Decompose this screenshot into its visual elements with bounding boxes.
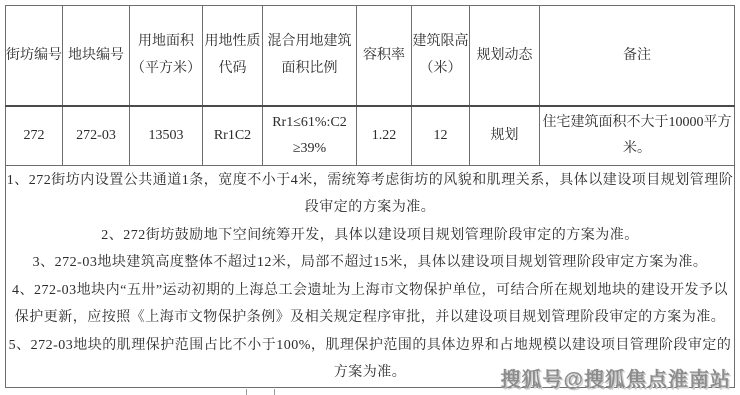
- col-header-land-use-code: 用地性质 代码: [203, 6, 263, 106]
- col-header-floor-area-ratio-label: 容积率: [357, 42, 411, 69]
- notes-row: 1、272街坊内设置公共通道1条，宽度不小于4米，需统筹考虑街坊的风貌和肌理关系…: [6, 166, 735, 388]
- col-header-height-limit-line1: 建筑限高: [412, 28, 469, 55]
- cell-mixed-use-ratio: Rr1≤61%:C2 ≥39%: [263, 106, 357, 166]
- col-header-block-number-label: 街坊编号: [6, 42, 62, 69]
- col-header-block-number: 街坊编号: [6, 6, 63, 106]
- col-header-land-area-line1: 用地面积: [130, 28, 202, 55]
- cell-land-area: 13503: [130, 106, 203, 166]
- notes-cell: 1、272街坊内设置公共通道1条，宽度不小于4米，需统筹考虑街坊的风貌和肌理关系…: [6, 166, 735, 388]
- note-4: 4、272-03地块内“五卅”运动初期的上海总工会遗址为上海市文物保护单位，可结…: [6, 277, 734, 332]
- col-header-plot-number-label: 地块编号: [63, 42, 129, 69]
- cell-block-number: 272: [6, 106, 63, 166]
- col-header-land-area: 用地面积 （平方米）: [130, 6, 203, 106]
- col-header-height-limit: 建筑限高 （米）: [412, 6, 470, 106]
- col-header-remark-label: 备注: [540, 42, 734, 69]
- next-table-border-stub: [274, 389, 275, 395]
- sohu-account-watermark: 搜狐号@搜狐焦点淮南站: [500, 363, 731, 392]
- col-header-land-area-line2: （平方米）: [130, 55, 202, 82]
- cell-remark: 住宅建筑面积不大于10000平方米。: [540, 106, 735, 166]
- col-header-floor-area-ratio: 容积率: [357, 6, 412, 106]
- col-header-land-use-code-line2: 代码: [203, 55, 262, 82]
- cell-plot-number: 272-03: [63, 106, 130, 166]
- col-header-planning-status-label: 规划动态: [470, 42, 539, 69]
- cell-planning-status: 规划: [470, 106, 540, 166]
- col-header-remark: 备注: [540, 6, 735, 106]
- plot-info-table: 街坊编号 地块编号 用地面积 （平方米） 用地性质 代码 混合用地建筑 面积比例: [5, 5, 735, 388]
- col-header-mixed-use-ratio: 混合用地建筑 面积比例: [263, 6, 357, 106]
- header-row: 街坊编号 地块编号 用地面积 （平方米） 用地性质 代码 混合用地建筑 面积比例: [6, 6, 735, 106]
- col-header-land-use-code-line1: 用地性质: [203, 28, 262, 55]
- note-3: 3、272-03地块建筑高度整体不超过12米，局部不超过15米，具体以建设项目规…: [6, 249, 734, 277]
- col-header-mixed-use-ratio-line2: 面积比例: [263, 55, 356, 82]
- col-header-height-limit-line2: （米）: [412, 55, 469, 82]
- note-2: 2、272街坊鼓励地下空间统筹开发，具体以建设项目规划管理阶段审定的方案为准。: [6, 222, 734, 250]
- land-plot-planning-page: 街坊编号 地块编号 用地面积 （平方米） 用地性质 代码 混合用地建筑 面积比例: [0, 0, 740, 395]
- col-header-planning-status: 规划动态: [470, 6, 540, 106]
- plot-data-row: 272 272-03 13503 Rr1C2 Rr1≤61%:C2 ≥39% 1…: [6, 106, 735, 166]
- next-table-border-stub: [246, 389, 247, 395]
- cell-floor-area-ratio: 1.22: [357, 106, 412, 166]
- col-header-plot-number: 地块编号: [63, 6, 130, 106]
- note-1: 1、272街坊内设置公共通道1条，宽度不小于4米，需统筹考虑街坊的风貌和肌理关系…: [6, 167, 734, 222]
- cell-height-limit: 12: [412, 106, 470, 166]
- col-header-mixed-use-ratio-line1: 混合用地建筑: [263, 28, 356, 55]
- cell-land-use-code: Rr1C2: [203, 106, 263, 166]
